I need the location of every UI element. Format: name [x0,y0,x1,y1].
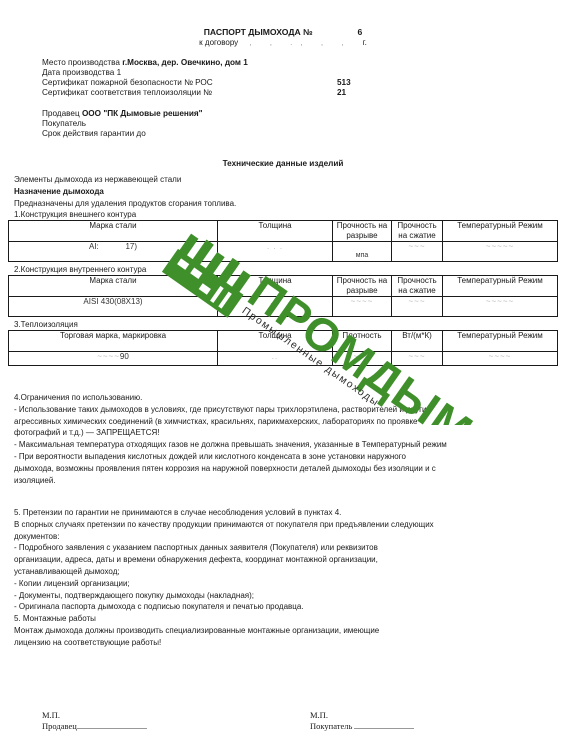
claim-line: 5. Претензии по гарантии не принимаются … [14,507,434,519]
table-header-row: Торговая марка, маркировка Толщина Плотн… [9,331,558,352]
claim-line: - Копии лицензий организации; [14,578,434,590]
claim-line: лицензию на соответствующие работы! [14,637,434,649]
buyer-stamp: М.П. [310,710,414,721]
table-row: AI: 17) . . . мпа ~~~ ~~~~~ [9,242,558,262]
cell-temperature: ~~~~~ [443,242,558,262]
contract-line: к договору , , ., , , г. [0,38,566,47]
cell-steel-grade: AI: 17) [9,242,218,262]
cell-thickness: . . . [218,242,333,262]
col-tensile: Прочность на разрыве [333,276,392,297]
cell-brand: ~~~~90 [9,352,218,366]
cell-tensile: мпа [333,242,392,262]
seller-sign-label: Продавец [42,721,77,731]
restriction-line: фотографий и т.д.) — ЗАПРЕЩАЕТСЯ! [14,427,447,439]
claims-section: 5. Претензии по гарантии не принимаются … [14,507,434,649]
seller-value: ООО "ПК Дымовые решения" [82,109,203,118]
contract-prefix: к договору [199,38,238,47]
buyer-label: Покупатель [42,119,86,129]
cell-conductivity: ~~~ [392,352,443,366]
claim-line: - Подробного заявления с указанием паспо… [14,542,434,554]
title-text: ПАСПОРТ ДЫМОХОДА № [204,27,313,37]
tech-heading: Технические данные изделий [0,159,566,168]
insulation-label: 3.Теплоизоляция [14,320,78,329]
purpose-text: Предназначены для удаления продуктов сго… [14,199,236,208]
col-temperature: Температурный Режим [443,331,558,352]
restriction-line: - Максимальная температура отходящих газ… [14,439,447,451]
claim-line: В спорных случаях претензии по качеству … [14,519,434,531]
cell-thickness: .. [218,352,333,366]
col-density: Плотность [333,331,392,352]
brand-value: 90 [120,352,129,361]
seller-sign-line [77,728,147,729]
production-date: Дата производства 1 [42,68,121,78]
claim-line: 5. Монтажные работы [14,613,434,625]
passport-title: ПАСПОРТ ДЫМОХОДА № 6 [0,27,566,37]
table-row: ~~~~90 .. ~~~ ~~~ ~~~~ [9,352,558,366]
insulation-cert-value: 21 [337,88,346,98]
insulation-cert-label: Сертификат соответствия теплоизоляции № [42,88,212,97]
col-temperature: Температурный Режим [443,221,558,242]
outer-contour-label: 1.Конструкция внешнего контура [14,210,136,219]
seller: Продавец ООО "ПК Дымовые решения" [42,109,203,119]
cell-density: ~~~ [333,352,392,366]
table-header-row: Марка стали Толщина Прочность на разрыве… [9,221,558,242]
seller-label: Продавец [42,109,80,118]
col-brand: Торговая марка, маркировка [9,331,218,352]
material-text: Элементы дымохода из нержавеющей стали [14,175,181,184]
buyer-signature: М.П. Покупатель [310,710,414,732]
col-compression: Прочность на сжатие [392,276,443,297]
title-number: 6 [357,27,362,37]
cell-temperature: ~~~~~ [443,297,558,317]
col-compression: Прочность на сжатие [392,221,443,242]
seller-signature: М.П. Продавец [42,710,147,732]
inner-contour-table: Марка стали Толщина Прочность на разрыве… [8,275,558,317]
claim-line: - Оригинала паспорта дымохода с подписью… [14,601,434,613]
cell-steel-grade: AISI 430(08Х13) [9,297,218,317]
restrictions-section: 4.Ограничения по использованию.- Использ… [14,392,447,486]
insulation-table: Торговая марка, маркировка Толщина Плотн… [8,330,558,366]
inner-contour-label: 2.Конструкция внутреннего контура [14,265,146,274]
contract-suffix: г. [363,38,367,47]
col-thickness: Толщина [218,221,333,242]
fire-cert-value: 513 [337,78,351,88]
redacted-contract: , , ., , , [240,38,360,47]
col-conductivity: Вт/(м*К) [392,331,443,352]
cell-tensile: ~~~~ [333,297,392,317]
fire-cert-label: Сертификат пожарной безопасности № РОС [42,78,213,87]
production-date-value: 1 [117,68,122,77]
cell-thickness: . . [218,297,333,317]
col-temperature: Температурный Режим [443,276,558,297]
claim-line: организации, адреса, даты и времени обна… [14,554,434,566]
claim-line: Монтаж дымохода должны производить специ… [14,625,434,637]
cell-temperature: ~~~~ [443,352,558,366]
col-tensile: Прочность на разрыве [333,221,392,242]
claim-line: документов: [14,531,434,543]
col-steel-grade: Марка стали [9,276,218,297]
col-thickness: Толщина [218,276,333,297]
outer-contour-table: Марка стали Толщина Прочность на разрыве… [8,220,558,262]
cell-compression: ~~~ [392,242,443,262]
restriction-line: изоляцией. [14,475,447,487]
seller-stamp: М.П. [42,710,147,721]
buyer-sign-label: Покупатель [310,721,352,731]
production-place-value: г.Москва, дер. Овечкино, дом 1 [122,58,248,67]
col-steel-grade: Марка стали [9,221,218,242]
production-date-label: Дата производства [42,68,114,77]
table-row: AISI 430(08Х13) . . ~~~~ ~~~ ~~~~~ [9,297,558,317]
table-header-row: Марка стали Толщина Прочность на разрыве… [9,276,558,297]
insulation-certificate: Сертификат соответствия теплоизоляции № [42,88,212,98]
restriction-line: 4.Ограничения по использованию. [14,392,447,404]
restriction-line: - Использование таких дымоходов в услови… [14,404,447,416]
fire-certificate: Сертификат пожарной безопасности № РОС [42,78,213,88]
col-thickness: Толщина [218,331,333,352]
buyer-sign-line [354,728,414,729]
restriction-line: - При вероятности выпадения кислотных до… [14,451,447,463]
warranty-label: Срок действия гарантии до [42,129,146,139]
production-place-label: Место производства [42,58,120,67]
purpose-heading: Назначение дымохода [14,187,104,196]
cell-compression: ~~~ [392,297,443,317]
production-place: Место производства г.Москва, дер. Овечки… [42,58,248,68]
restriction-line: агрессивных химических соединений (в хим… [14,416,447,428]
claim-line: - Документы, подтверждающего покупку дым… [14,590,434,602]
claim-line: устанавливающей дымоход; [14,566,434,578]
restriction-line: дымохода, возможны проявления пятен корр… [14,463,447,475]
